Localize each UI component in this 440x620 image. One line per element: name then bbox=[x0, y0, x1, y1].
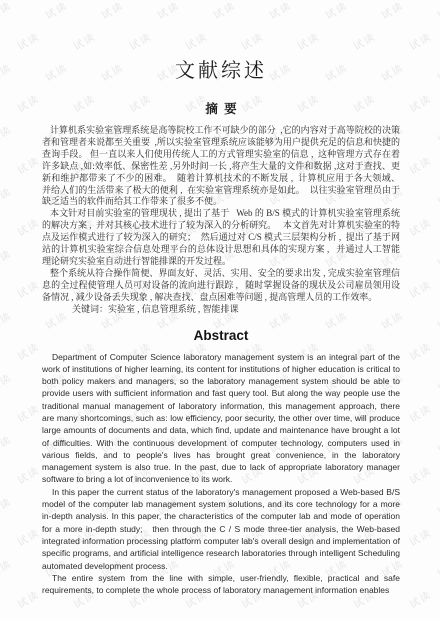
chinese-paragraph-1: 计算机系实验室管理系统是高等院校工作不可缺少的部分 ,它的内容对于高等院校的决策… bbox=[42, 125, 400, 208]
english-paragraph-2: In this paper the current status of the … bbox=[42, 486, 400, 572]
english-paragraph-3: The entire system from the line with sim… bbox=[42, 572, 400, 597]
english-abstract-body: Department of Computer Science laborator… bbox=[42, 351, 400, 597]
chinese-paragraph-2: 本文针对目前实验室的管理现状 , 提出了基于 Web 的 B/S 模式的计算机实… bbox=[42, 208, 400, 268]
english-paragraph-1: Department of Computer Science laborator… bbox=[42, 351, 400, 486]
document-page: 试读试读试读试读试读试读试读试读试读试读试读试读试读试读试读试读试读试读试读试读… bbox=[0, 0, 440, 620]
chinese-paragraph-3: 整个系统从符合操作简便、界面友好、灵活、实用、安全的要求出发 , 完成实验室管理… bbox=[42, 268, 400, 304]
chinese-abstract-heading: 摘 要 bbox=[42, 99, 400, 117]
document-title: 文献综述 bbox=[42, 0, 400, 83]
keywords-line: 关键词：实验室 , 信息管理系统 , 智能排课 bbox=[42, 304, 400, 316]
chinese-abstract-body: 计算机系实验室管理系统是高等院校工作不可缺少的部分 ,它的内容对于高等院校的决策… bbox=[42, 125, 400, 316]
english-abstract-heading: Abstract bbox=[42, 328, 400, 343]
page-content: 文献综述 摘 要 计算机系实验室管理系统是高等院校工作不可缺少的部分 ,它的内容… bbox=[0, 0, 440, 620]
